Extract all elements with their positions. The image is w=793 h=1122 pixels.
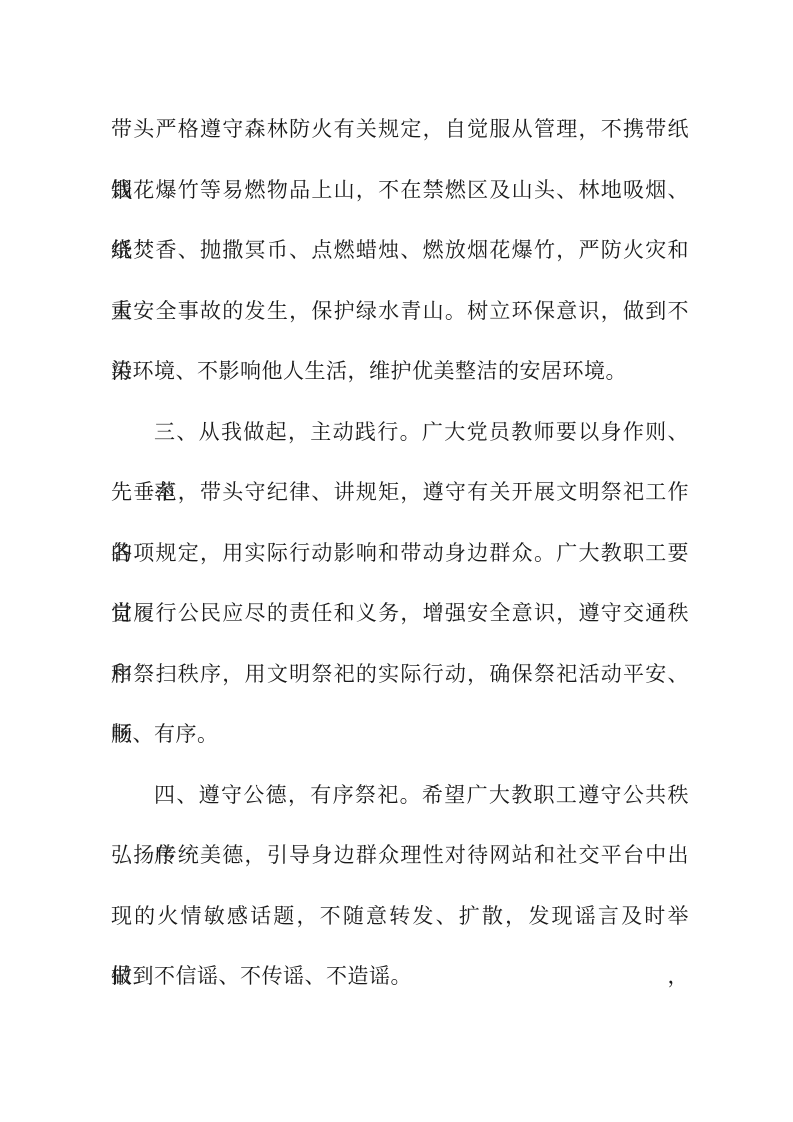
paragraph: 三、从我做起，主动践行。广大党员教师要以身作则、率先垂范，带头守纪律、讲规矩，遵… — [111, 403, 689, 766]
document-line: 大安全事故的发生，保护绿水青山。树立环保意识，做到不污 — [111, 282, 689, 343]
document-line: 染环境、不影响他人生活，维护优美整洁的安居环境。 — [111, 342, 689, 403]
document-line: 纸焚香、抛撒冥币、点燃蜡烛、燃放烟花爆竹，严防火灾和重 — [111, 221, 689, 282]
document-page: 带头严格遵守森林防火有关规定，自觉服从管理，不携带纸钱烟花爆竹等易燃物品上山，不… — [0, 0, 793, 1122]
document-line: 先垂范，带头守纪律、讲规矩，遵守有关开展文明祭祀工作的 — [111, 463, 689, 524]
document-line: 现的火情敏感话题，不随意转发、扩散，发现谣言及时举报， — [111, 887, 689, 948]
document-line: 觉履行公民应尽的责任和义务，增强安全意识，遵守交通秩序 — [111, 584, 689, 645]
document-line: 带头严格遵守森林防火有关规定，自觉服从管理，不携带纸钱 — [111, 100, 689, 161]
paragraph: 四、遵守公德，有序祭祀。希望广大教职工遵守公共秩序弘扬传统美德，引导身边群众理性… — [111, 766, 689, 1008]
document-line: 畅、有序。 — [111, 705, 689, 766]
document-body: 带头严格遵守森林防火有关规定，自觉服从管理，不携带纸钱烟花爆竹等易燃物品上山，不… — [111, 100, 689, 1008]
document-line: 各项规定，用实际行动影响和带动身边群众。广大教职工要自 — [111, 524, 689, 585]
document-line: 和祭扫秩序，用文明祭祀的实际行动，确保祭祀活动平安、顺 — [111, 645, 689, 706]
document-line: 四、遵守公德，有序祭祀。希望广大教职工遵守公共秩序 — [111, 766, 689, 827]
document-line: 弘扬传统美德，引导身边群众理性对待网站和社交平台中出 — [111, 826, 689, 887]
document-line: 烟花爆竹等易燃物品上山，不在禁燃区及山头、林地吸烟、烧 — [111, 161, 689, 222]
paragraph: 带头严格遵守森林防火有关规定，自觉服从管理，不携带纸钱烟花爆竹等易燃物品上山，不… — [111, 100, 689, 403]
document-line: 三、从我做起，主动践行。广大党员教师要以身作则、率 — [111, 403, 689, 464]
